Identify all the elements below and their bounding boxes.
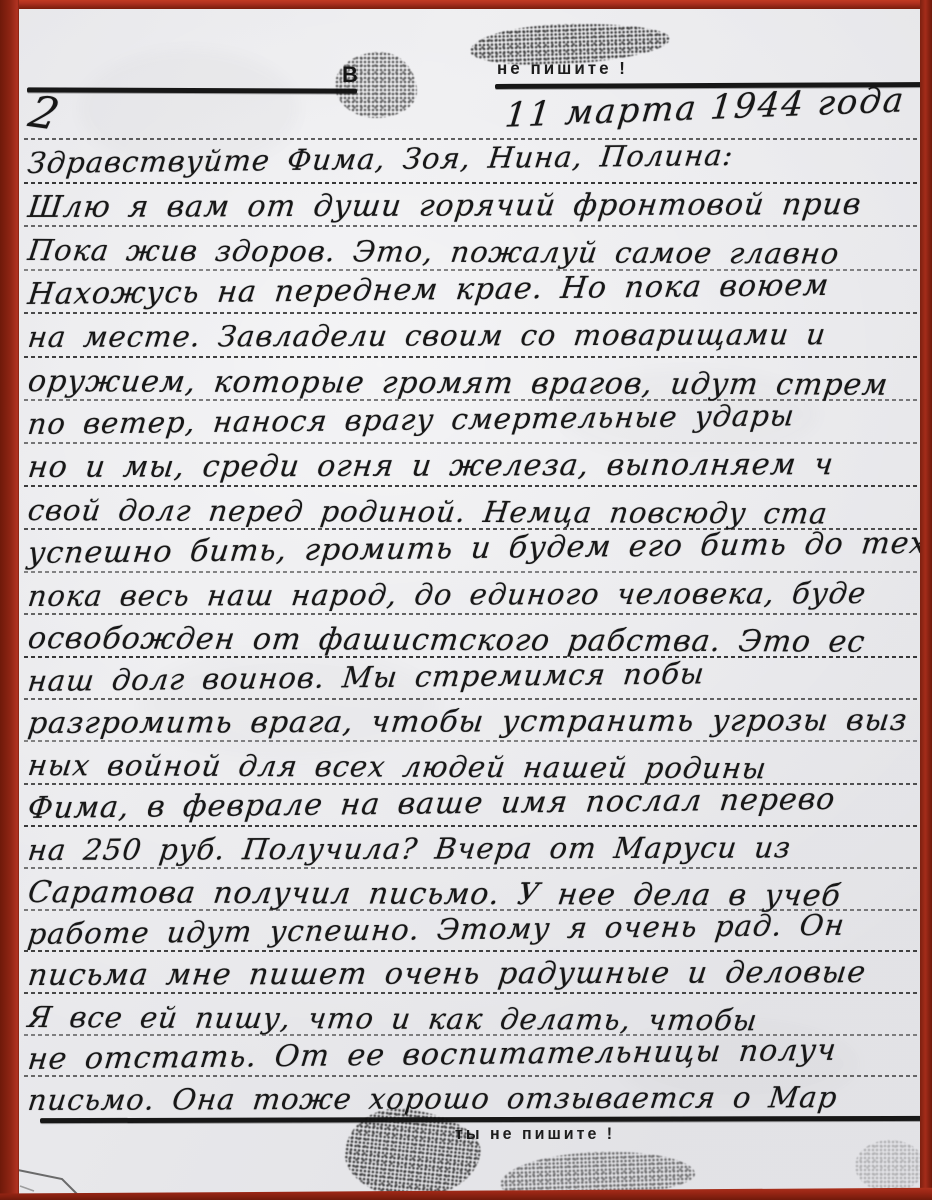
scan-border-left bbox=[0, 0, 19, 1200]
scan-border-top bbox=[0, 0, 932, 9]
scan-border-right bbox=[920, 0, 932, 1200]
letter-page: не пишите ! В 2 11 марта 1944 года Здрав… bbox=[0, 0, 932, 1200]
corner-crease bbox=[0, 0, 932, 1200]
